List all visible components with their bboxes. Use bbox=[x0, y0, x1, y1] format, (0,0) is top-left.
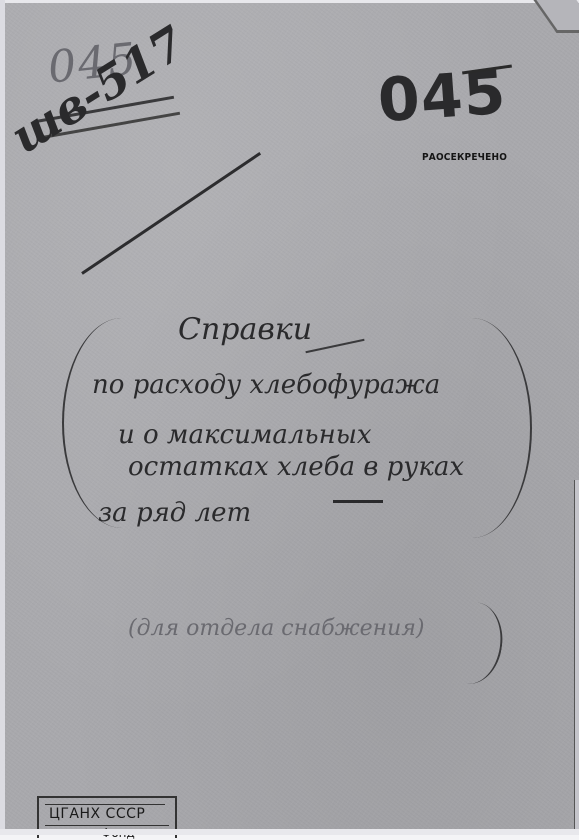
scan-border-top bbox=[0, 0, 579, 3]
inventory-code-underline bbox=[81, 152, 261, 275]
title-line-4: остатках хлеба в руках bbox=[128, 452, 464, 482]
right-bracket bbox=[470, 318, 532, 538]
archive-stamp-top-rule bbox=[45, 804, 165, 805]
document-page: 045 шв-517 045 РАОСЕКРЕЧЕНО Справки по р… bbox=[0, 0, 579, 835]
title-line-1: Справки bbox=[178, 312, 312, 347]
title-underline bbox=[305, 339, 364, 353]
title-line-5: за ряд лет bbox=[98, 498, 251, 528]
title-line-2: по расходу хлебофуража bbox=[92, 370, 440, 400]
note-bracket bbox=[464, 602, 507, 688]
scan-border-left bbox=[0, 0, 5, 835]
archive-name: ЦГАНХ СССР bbox=[49, 806, 145, 822]
declassified-stamp: РАОСЕКРЕЧЕНО bbox=[422, 153, 507, 164]
title-line-3: и о максимальных bbox=[118, 420, 372, 450]
note-text: (для отдела снабжения) bbox=[128, 616, 424, 641]
folder-edge bbox=[574, 480, 579, 830]
left-bracket bbox=[62, 318, 124, 528]
scan-border-bottom bbox=[0, 829, 579, 835]
title-dash bbox=[333, 500, 383, 503]
corner-fold bbox=[533, 0, 579, 33]
